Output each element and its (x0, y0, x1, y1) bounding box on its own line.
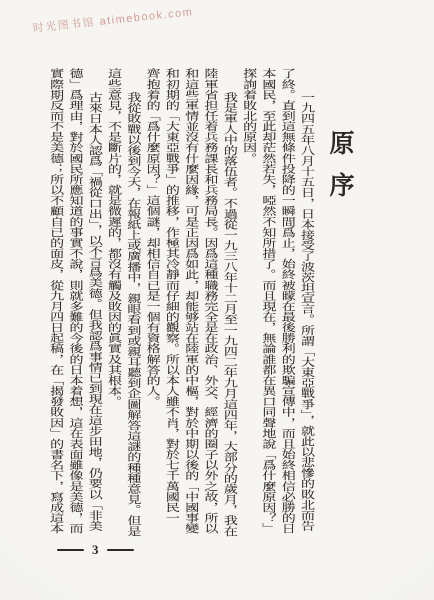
text-column: 探詢着敗北的原因。 (239, 68, 258, 545)
text-column: 本國民，至此却茫然若失，啞然不知所措了。而且現在，無論誰都在異口同聲地說「爲什麼… (258, 68, 277, 545)
text-column: 這些意見，不是斷片的，就是微遲的，都沒有觸及敗因的眞實及其根本。 (104, 68, 123, 545)
text-column: 一九四五年八月十五日，日本接受了波茨坦宣言。所謂「大東亞戰爭」，就此以悲慘的敗北… (297, 68, 316, 569)
page-footer: 3 (57, 543, 134, 556)
text-column: 了終。直到這無條件投降的一瞬間爲止，始終被矇在最後勝利的欺騙宣傳中，而且始終相信… (277, 68, 296, 545)
book-page: 时光图书馆 atimebook.com 原序 一九四五年八月十五日，日本接受了波… (0, 0, 434, 600)
text-column: 齊抱着的「爲什麼原因？」這個謎，却相信自已是一個有資格解答的人。 (142, 68, 161, 545)
text-column: 德」爲理由，對於國民所應知道的事實不說，則就多難的今後的日本着想，這在表面雖像是… (65, 68, 84, 545)
footer-dash-left (57, 549, 84, 551)
text-column: 實際期反而不是美德；所以不顧自已的面皮，從九月四日起稿，在「揭發敗因」的書名下，… (46, 68, 65, 545)
page-number: 3 (92, 543, 99, 556)
text-column: 我從敗戰以後到今天，在報紙上或廣播中，親眼看到或親耳聽到企圖解答這謎的種種意見。… (123, 68, 142, 569)
watermark: 时光图书馆 atimebook.com (32, 3, 194, 36)
text-column: 和這些軍情並沒有什麼因緣，可是正因爲如此，却能够站在陸軍的中樞，對於中期以後的「… (181, 68, 200, 545)
text-column: 和初期的「大東亞戰爭」的推移，作極其冷靜而仔細的觀察。所以本人雖不肖，對於七千萬… (162, 68, 181, 545)
footer-dash-right (107, 549, 134, 551)
text-body: 一九四五年八月十五日，日本接受了波茨坦宣言。所謂「大東亞戰爭」，就此以悲慘的敗北… (46, 68, 316, 545)
text-column: 陸軍省担任着兵務課長和兵務局長。因爲這種職務完全是在政治、外交、經濟的圈子以外之… (200, 68, 219, 545)
page-title: 原序 (321, 130, 357, 214)
text-column: 古來日本人認爲「禍從口出」，以不言爲美德。但我認爲事情已到現在這步田地，仍要以「… (84, 68, 103, 569)
text-column: 我是軍人中的落伍者。不過從一九三八年十二月至一九四二年九月這四年，大部分的歲月，… (220, 68, 239, 569)
